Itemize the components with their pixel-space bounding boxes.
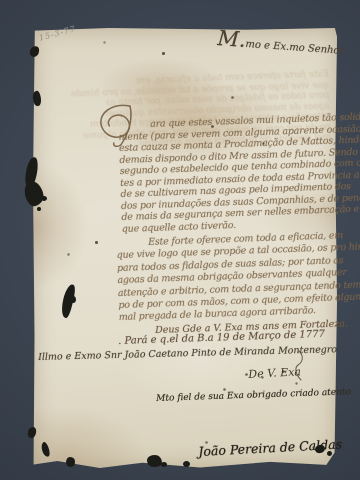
ink-blot [183,461,190,467]
letter-paragraph-1: ara que estes vassalos mui inquietos tão… [118,111,360,235]
paper-specks [0,0,1,1]
ink-blot [71,296,76,303]
ink-blot [327,451,332,456]
ink-blot [66,457,75,467]
manuscript-photo: 15-3-77 M.mo e Ex.mo Senhor Este forte o… [0,0,360,480]
letter-paragraph-2: Este forte oferece com toda a eficacia, … [116,229,360,325]
ink-blot [161,462,167,467]
ink-blot [41,196,47,201]
valediction-line: De V. Exa [248,365,301,381]
ink-blot [37,207,41,211]
